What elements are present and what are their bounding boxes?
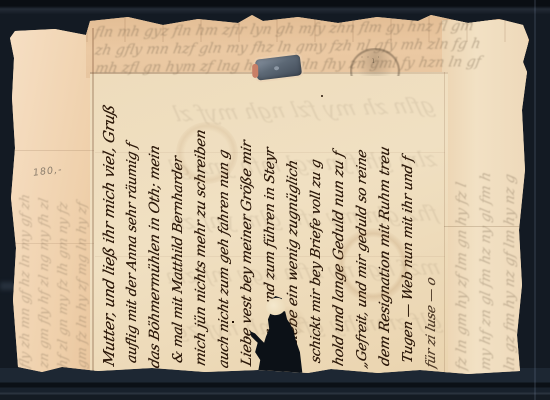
postmark-smudge-text: ˙˙ı˙	[360, 56, 383, 65]
ghost-line: gm fz ln hy zf mg ln hy zf	[73, 36, 92, 370]
handwriting-line: schickt mir bey Briefe voll zu g	[305, 73, 328, 365]
handwriting-line: auflig mit der Anna sehr räumig f	[121, 73, 144, 365]
paper-stain-ring	[336, 228, 410, 302]
handwriting-line: mich jün nichts mehr zu schreiben	[190, 75, 213, 368]
handwriting-line: dem Resignation mit Ruhm treu	[374, 75, 397, 368]
ghost-line: fly zh mn gf hz ln my gf zh	[16, 36, 35, 370]
postmark-partial-circle: ˙˙ı˙	[350, 48, 404, 76]
handwriting-line: Mutter, und ließ ihr mich viel, Gruß	[98, 75, 121, 368]
photo-of-folded-letter: fln mh gyz fln hm zfir lyn gh mfy zhn fl…	[0, 0, 550, 400]
handwriting-line: „Gefreit, und mir geduld so reine	[351, 77, 374, 371]
handwriting-line: das Böhmermühlen in Oth; mein	[144, 77, 167, 371]
paper-stain-faint	[176, 122, 238, 184]
handwriting-line: & mal mit Matthild Bernharder	[167, 73, 190, 365]
backdrop-streak	[0, 282, 14, 290]
ghost-line: zn gm fly hf zl ng my fh zl	[35, 36, 54, 370]
handwriting-line: für zi luse — o	[420, 77, 443, 371]
showthrough-script-left: fly zh mn gf hz ln my gf zh zn gm fly hf…	[16, 38, 92, 368]
vertical-crease-left	[92, 28, 94, 372]
handwriting-line: auch nicht zum geh fahren nun g	[213, 77, 236, 371]
ghost-line: ln gz fm hy nz gf lm hy nz g	[498, 22, 522, 372]
handwriting-line: Tugen — Web nun mit ihr und f	[397, 73, 420, 365]
handwriting-line: hold und lange Geduld nun zu f	[328, 75, 351, 368]
seal-highlight-dot	[274, 66, 279, 71]
vertical-crease-right	[444, 72, 445, 372]
ghost-line: fz ln gm hy zf lm gn hy fz l	[450, 22, 474, 372]
handwriting-line: Liebe vest bey meiner Größe mir	[236, 75, 259, 368]
showthrough-script-right: fz ln gm hy zf lm gn hy fz l my hf zn gl…	[450, 25, 524, 370]
backdrop-seam	[534, 0, 536, 400]
ghost-line: hf zl gn my fz lh gm ny fz	[54, 36, 73, 370]
letter-sheet: fln mh gyz fln hm zfir lyn gh mfy zhn fl…	[0, 0, 550, 400]
ghost-line: my hf zn gl fm hz ny gl fm h	[474, 22, 498, 372]
seal-red-sliver	[252, 64, 258, 78]
